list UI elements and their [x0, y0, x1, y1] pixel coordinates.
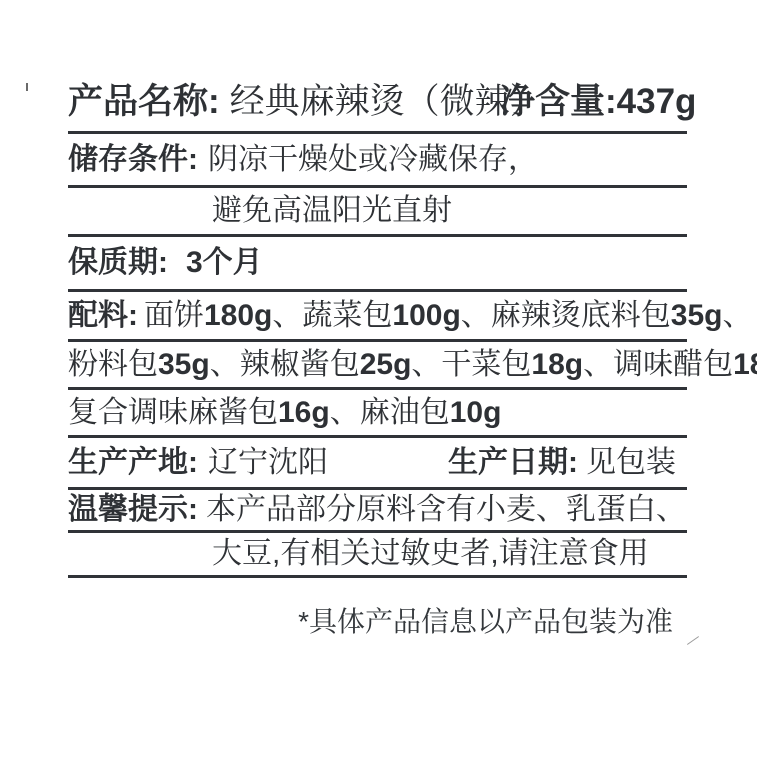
table-cell-text: 生产产地: — [68, 448, 198, 478]
table-cell-text: 、麻辣烫底料包 — [461, 301, 671, 331]
table-cell-text: 面饼 — [144, 301, 204, 331]
table-row: 生产产地:辽宁沈阳生产日期:见包装 — [68, 438, 687, 490]
table-cell-text: 、辣椒酱包 — [210, 350, 360, 380]
table-cell-text: 储存条件: — [68, 145, 198, 175]
table-row-right-group: 净含量:437g — [500, 72, 696, 131]
table-row: 粉料包35g、辣椒酱包25g、干菜包18g、调味醋包18g、 — [68, 342, 687, 390]
table-row: 温馨提示:本产品部分原料含有小麦、乳蛋白、 — [68, 490, 687, 533]
table-row: 大豆,有相关过敏史者,请注意食用 — [68, 533, 687, 578]
stray-ink-mark — [26, 83, 28, 91]
table-cell-text: 、蔬菜包 — [272, 301, 392, 331]
table-cell-text: 产品名称: — [68, 84, 220, 119]
table-cell-text: 生产日期: — [448, 448, 578, 478]
table-cell-text: 3个月 — [186, 248, 263, 278]
table-cell-text: 18g — [733, 350, 757, 380]
table-cell-text: 10g — [450, 398, 502, 428]
table-cell-text: 避免高温阳光直射 — [212, 196, 452, 226]
table-cell-text: 大豆,有相关过敏史者,请注意食用 — [212, 539, 649, 569]
table-cell-text: 复合调味麻酱包 — [68, 398, 278, 428]
table-cell-text: 见包装 — [586, 448, 676, 478]
table-row: 保质期:3个月 — [68, 237, 687, 292]
table-cell-text: 16g — [278, 398, 330, 428]
table-cell-text: 18g — [531, 350, 583, 380]
table-cell-text: 35g — [158, 350, 210, 380]
table-cell-text: 35g — [671, 301, 723, 331]
table-row: 避免高温阳光直射 — [68, 188, 687, 237]
table-cell-text: 温馨提示: — [68, 495, 198, 525]
table-cell-text: 100g — [392, 301, 460, 331]
table-row: 复合调味麻酱包16g、麻油包10g — [68, 390, 687, 438]
table-cell-text: 、调味醋包 — [583, 350, 733, 380]
table-row: 产品名称:经典麻辣烫（微辣）净含量:437g — [68, 72, 687, 134]
product-info-sheet: 产品名称:经典麻辣烫（微辣）净含量:437g储存条件:阴凉干燥处或冷藏保存，避免… — [68, 72, 687, 640]
table-cell-text: 净含量:437g — [500, 84, 696, 119]
table-cell-text: 保质期: — [68, 248, 168, 278]
table-cell-text: 、麻油包 — [330, 398, 450, 428]
table-cell-text: 经典麻辣烫（微辣） — [230, 84, 545, 119]
spec-table: 产品名称:经典麻辣烫（微辣）净含量:437g储存条件:阴凉干燥处或冷藏保存，避免… — [68, 72, 687, 578]
table-cell-text: 粉料包 — [68, 350, 158, 380]
stray-ink-mark — [687, 636, 699, 645]
table-cell-text: 、干菜包 — [411, 350, 531, 380]
table-cell-text: 180g — [204, 301, 272, 331]
table-cell-text: 25g — [360, 350, 412, 380]
table-cell-text: 配料: — [68, 301, 138, 331]
footnote: *具体产品信息以产品包装为准 — [68, 600, 687, 640]
table-row: 储存条件:阴凉干燥处或冷藏保存， — [68, 134, 687, 188]
table-row-right-group: 生产日期:见包装 — [448, 438, 676, 487]
table-cell-text: 本产品部分原料含有小麦、乳蛋白、 — [206, 495, 686, 525]
table-cell-text: 阴凉干燥处或冷藏保存， — [208, 145, 538, 175]
table-cell-text: 、 — [722, 301, 752, 331]
table-row: 配料:面饼180g、蔬菜包100g、麻辣烫底料包35g、 — [68, 292, 687, 342]
table-cell-text: 辽宁沈阳 — [208, 448, 328, 478]
